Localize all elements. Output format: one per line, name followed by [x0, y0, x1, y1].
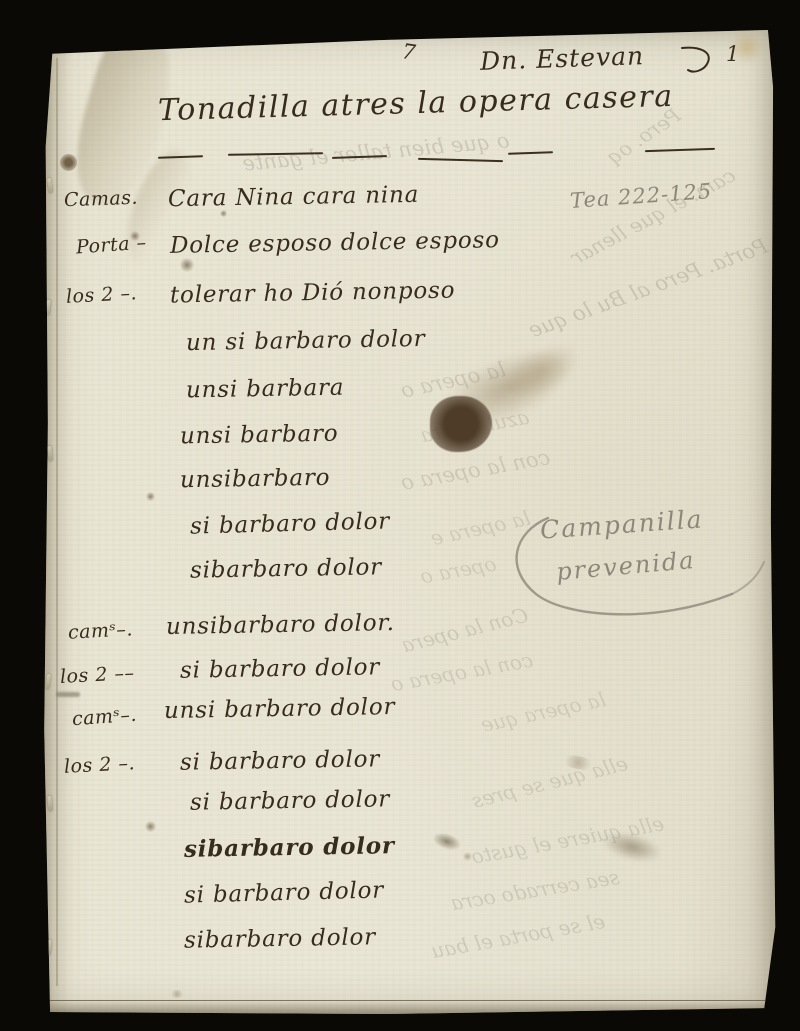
manuscript-photo: o que bien taller el gante Pero. oq cam.… — [0, 0, 800, 1031]
margin-label: Camas. — [64, 187, 139, 212]
verse-line: unsibarbaro — [180, 465, 331, 494]
verse-line: Cara Nina cara nina — [168, 182, 420, 212]
attribution-inscription: Dn. Estevan — [480, 41, 645, 76]
margin-label: camˢ–. — [67, 618, 133, 643]
spine-crease-line — [56, 58, 58, 987]
page-stack-edge — [49, 1000, 765, 1016]
verse-line: si barbaro dolor — [190, 786, 390, 815]
margin-label: los 2 –. — [65, 282, 137, 308]
verse-line: unsibarbaro dolor. — [166, 610, 395, 640]
verse-line: unsi barbara — [186, 375, 345, 404]
verse-line: si barbaro dolor — [180, 654, 380, 683]
verse-line: un si barbaro dolor — [186, 326, 426, 356]
verse-line: sibarbaro dolor — [190, 554, 382, 583]
folio-number: 1 — [726, 42, 739, 66]
verse-line: sibarbaro dolor — [184, 924, 376, 953]
verse-line: si barbaro dolor — [180, 746, 380, 775]
verse-line: si barbaro dolor — [190, 508, 391, 539]
verse-line: unsi barbaro — [180, 421, 339, 450]
verse-line: tolerar ho Dió nonposo — [170, 278, 456, 309]
verse-line: si barbaro dolor — [184, 877, 385, 908]
margin-label: camˢ–. — [71, 704, 137, 730]
margin-label: los 2 –– — [59, 662, 134, 688]
verse-line: sibarbaro dolor — [184, 832, 395, 863]
manuscript-page: o que bien taller el gante Pero. oq cam.… — [42, 28, 776, 1016]
verse-line: unsi barbaro dolor — [164, 694, 396, 724]
margin-label: los 2 –. — [63, 752, 135, 778]
